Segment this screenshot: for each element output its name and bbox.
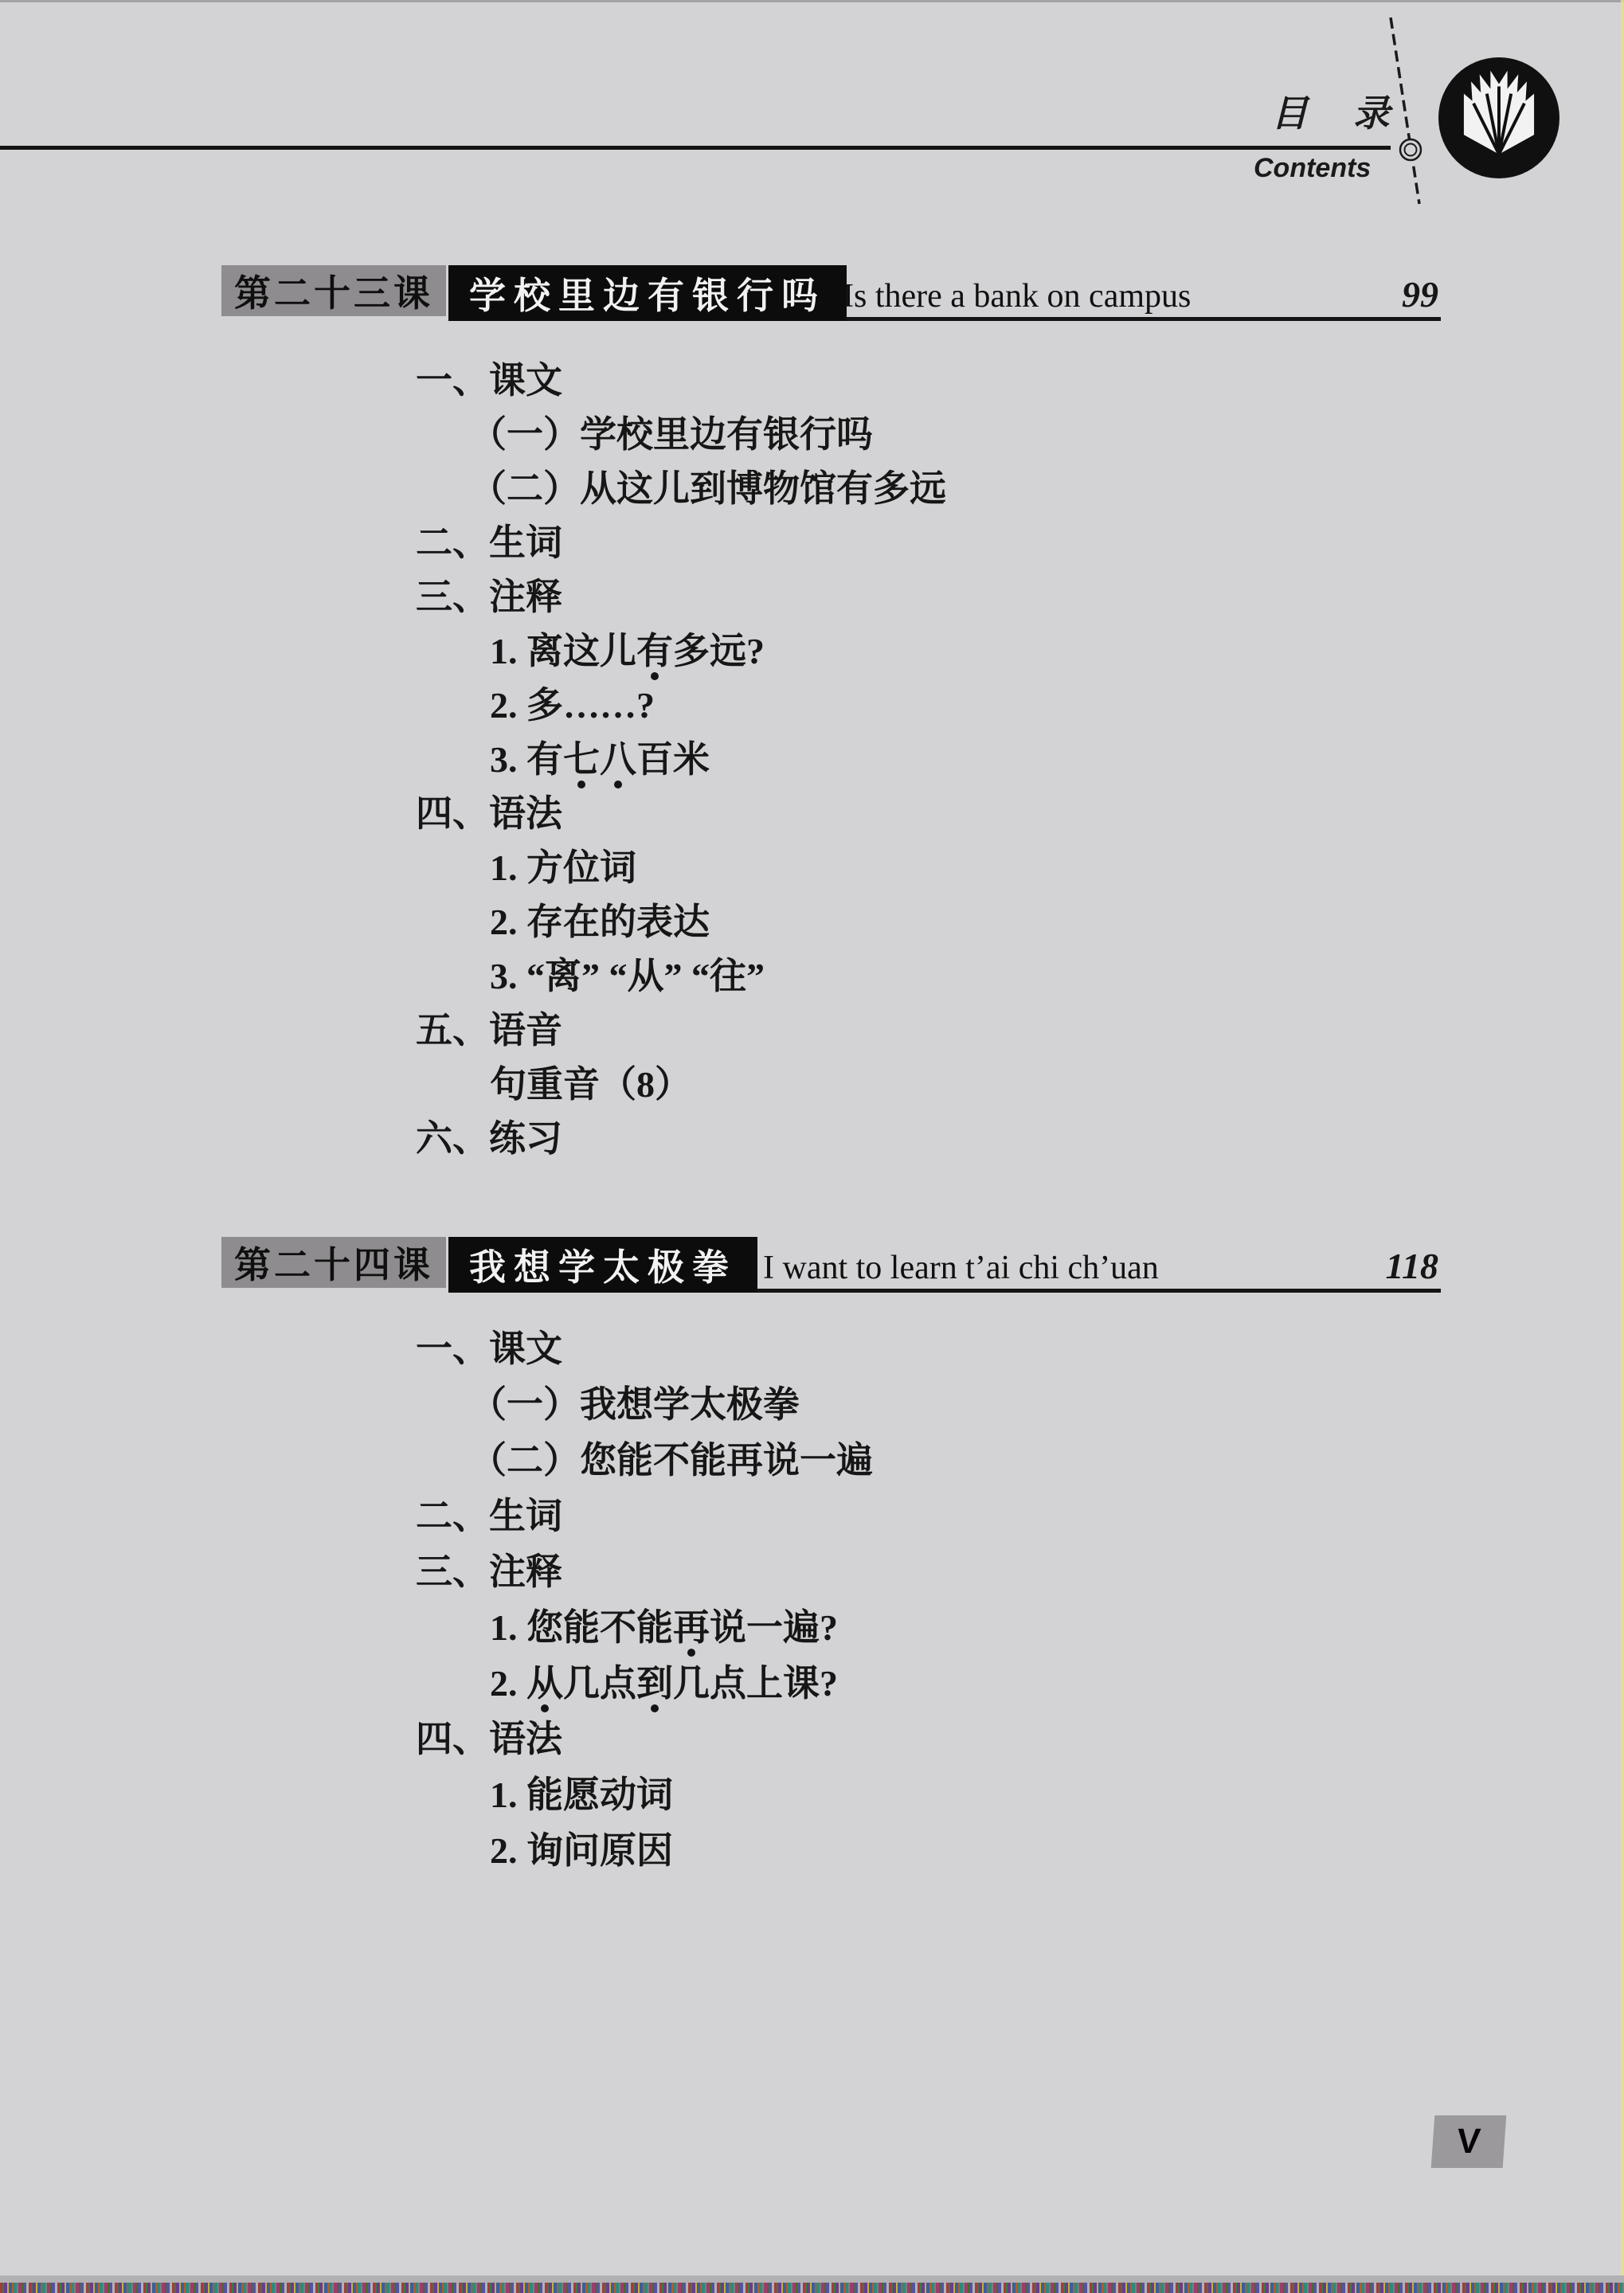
toc-item: 四、语法 (0, 1712, 1624, 1767)
emphasized-char: 八 (600, 739, 636, 780)
toc-item: （一）我想学太极拳 (0, 1377, 1624, 1433)
toc-item: 句重音（8） (0, 1058, 1624, 1112)
dashed-line (1391, 18, 1419, 204)
toc-item: 3. “离” “从” “往” (0, 949, 1624, 1004)
header-rule (0, 146, 1391, 150)
lesson-title-en: Is there a bank on campus (843, 277, 1191, 315)
page-number-badge: V (1431, 2115, 1507, 2168)
toc-item: 三、注释 (0, 1544, 1624, 1600)
lesson-title-en: I want to learn t’ai chi ch’uan (763, 1249, 1159, 1287)
toc-item: 1. 离这儿有多远? (0, 624, 1624, 679)
lesson-24-items: 一、课文（一）我想学太极拳（二）您能不能再说一遍二、生词三、注释1. 您能不能再… (0, 1321, 1624, 1879)
lesson-page-number: 99 (1338, 273, 1438, 315)
emphasized-char: 再 (673, 1607, 710, 1648)
lesson-title-cn: 学校里边有银行吗 (448, 265, 847, 321)
ring-marker-icon (1400, 139, 1421, 160)
emphasized-char: 到 (636, 1663, 673, 1704)
scan-bottom-strip (0, 2275, 1624, 2283)
toc-item: 六、练习 (0, 1112, 1624, 1166)
lesson-number-badge: 第二十三课 (221, 265, 446, 316)
scan-noise-strip (0, 2283, 1624, 2293)
toc-item: 一、课文 (0, 354, 1624, 408)
scan-top-edge (0, 0, 1624, 2)
toc-item: 二、生词 (0, 1489, 1624, 1544)
toc-item: 二、生词 (0, 516, 1624, 570)
toc-item: 3. 有七八百米 (0, 733, 1624, 787)
emphasized-char: 七 (563, 739, 600, 780)
dashed-divider-with-ring (1375, 6, 1432, 210)
emphasized-char: 从 (526, 1663, 563, 1704)
toc-item: （一）学校里边有银行吗 (0, 408, 1624, 462)
publisher-logo-icon (1438, 57, 1559, 178)
lesson-24-header: 第二十四课 我想学太极拳 I want to learn t’ai chi ch… (0, 1237, 1624, 1293)
lesson-page-number: 118 (1338, 1245, 1438, 1287)
toc-item: 2. 多……? (0, 679, 1624, 733)
toc-item: （二）从这儿到博物馆有多远 (0, 462, 1624, 516)
contents-page: 目 录 Contents 第二十三课 学校里边有银行吗 Is there a b… (0, 0, 1624, 2293)
emphasized-char: 有 (636, 631, 673, 671)
lesson-title-cn: 我想学太极拳 (448, 1237, 757, 1293)
toc-item: （二）您能不能再说一遍 (0, 1433, 1624, 1489)
toc-item: 2. 存在的表达 (0, 895, 1624, 949)
page-title-en: Contents (1254, 153, 1371, 184)
toc-item: 一、课文 (0, 1321, 1624, 1377)
toc-item: 2. 从几点到几点上课? (0, 1656, 1624, 1712)
toc-item: 1. 方位词 (0, 841, 1624, 895)
lesson-23-items: 一、课文（一）学校里边有银行吗（二）从这儿到博物馆有多远二、生词三、注释1. 离… (0, 354, 1624, 1166)
toc-item: 三、注释 (0, 570, 1624, 624)
toc-item: 1. 您能不能再说一遍? (0, 1600, 1624, 1656)
lesson-23-header: 第二十三课 学校里边有银行吗 Is there a bank on campus… (0, 265, 1624, 321)
toc-item: 五、语音 (0, 1004, 1624, 1058)
toc-item: 四、语法 (0, 787, 1624, 841)
lesson-number-badge: 第二十四课 (221, 1237, 446, 1288)
toc-item: 1. 能愿动词 (0, 1767, 1624, 1823)
toc-item: 2. 询问原因 (0, 1823, 1624, 1879)
